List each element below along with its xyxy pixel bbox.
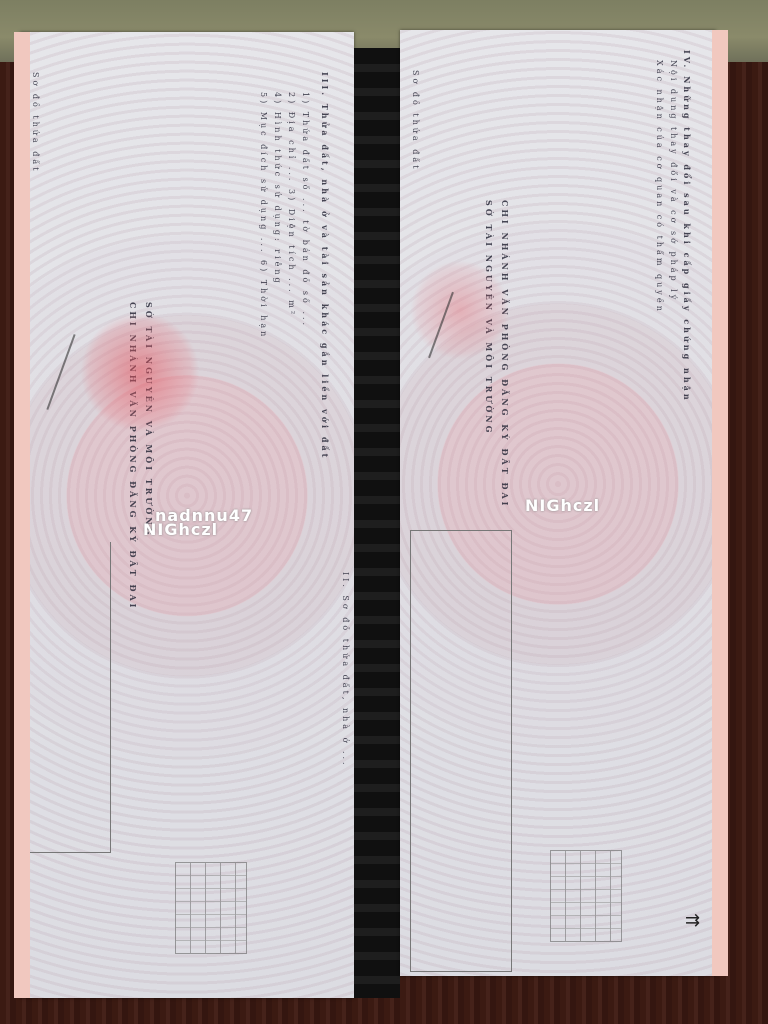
coordinates-table (175, 862, 247, 954)
text-line: 5) Mục đích sử dụng ... 6) Thời hạn (258, 92, 268, 339)
red-seal-stamp (410, 260, 510, 360)
text-line: Xác nhận của cơ quan có thẩm quyền (654, 60, 664, 314)
text-line: Nội dung thay đổi và cơ sở pháp lý (668, 60, 678, 302)
page-edge (14, 32, 30, 998)
page-heading: III. Thửa đất, nhà ở và tài sản khác gắn… (320, 72, 330, 460)
booklet-binding (354, 48, 400, 998)
coordinates-table (550, 850, 622, 942)
certificate-page-right: IV. Những thay đổi sau khi cấp giấy chứn… (400, 30, 716, 976)
plot-frame (410, 530, 512, 972)
red-seal-stamp (80, 312, 200, 432)
north-arrow-icon: ⇉ (685, 910, 700, 931)
text-line: II. Sơ đồ thửa đất, nhà ở ... (340, 572, 350, 768)
watermark-line: NIGhczl (143, 522, 218, 537)
page-heading: IV. Những thay đổi sau khi cấp giấy chứn… (682, 50, 692, 403)
plot-frame (30, 542, 111, 853)
certificate-page-left: III. Thửa đất, nhà ở và tài sản khác gắn… (20, 32, 354, 998)
watermark-line: NIGhczl (525, 498, 600, 513)
text-line: 1) Thửa đất số ... tờ bản đồ số ... (300, 92, 310, 328)
page-edge (712, 30, 728, 976)
text-line: 2) Địa chỉ ... 3) Diện tích ... m² (286, 92, 296, 317)
side-label: Sơ đồ thửa đất (410, 70, 420, 171)
signature (46, 334, 75, 410)
text-line: 4) Hình thức sử dụng: riêng (272, 92, 282, 286)
authority-line: CHI NHÁNH VĂN PHÒNG ĐĂNG KÝ ĐẤT ĐAI (500, 200, 510, 508)
side-label: Sơ đồ thửa đất (30, 72, 40, 173)
